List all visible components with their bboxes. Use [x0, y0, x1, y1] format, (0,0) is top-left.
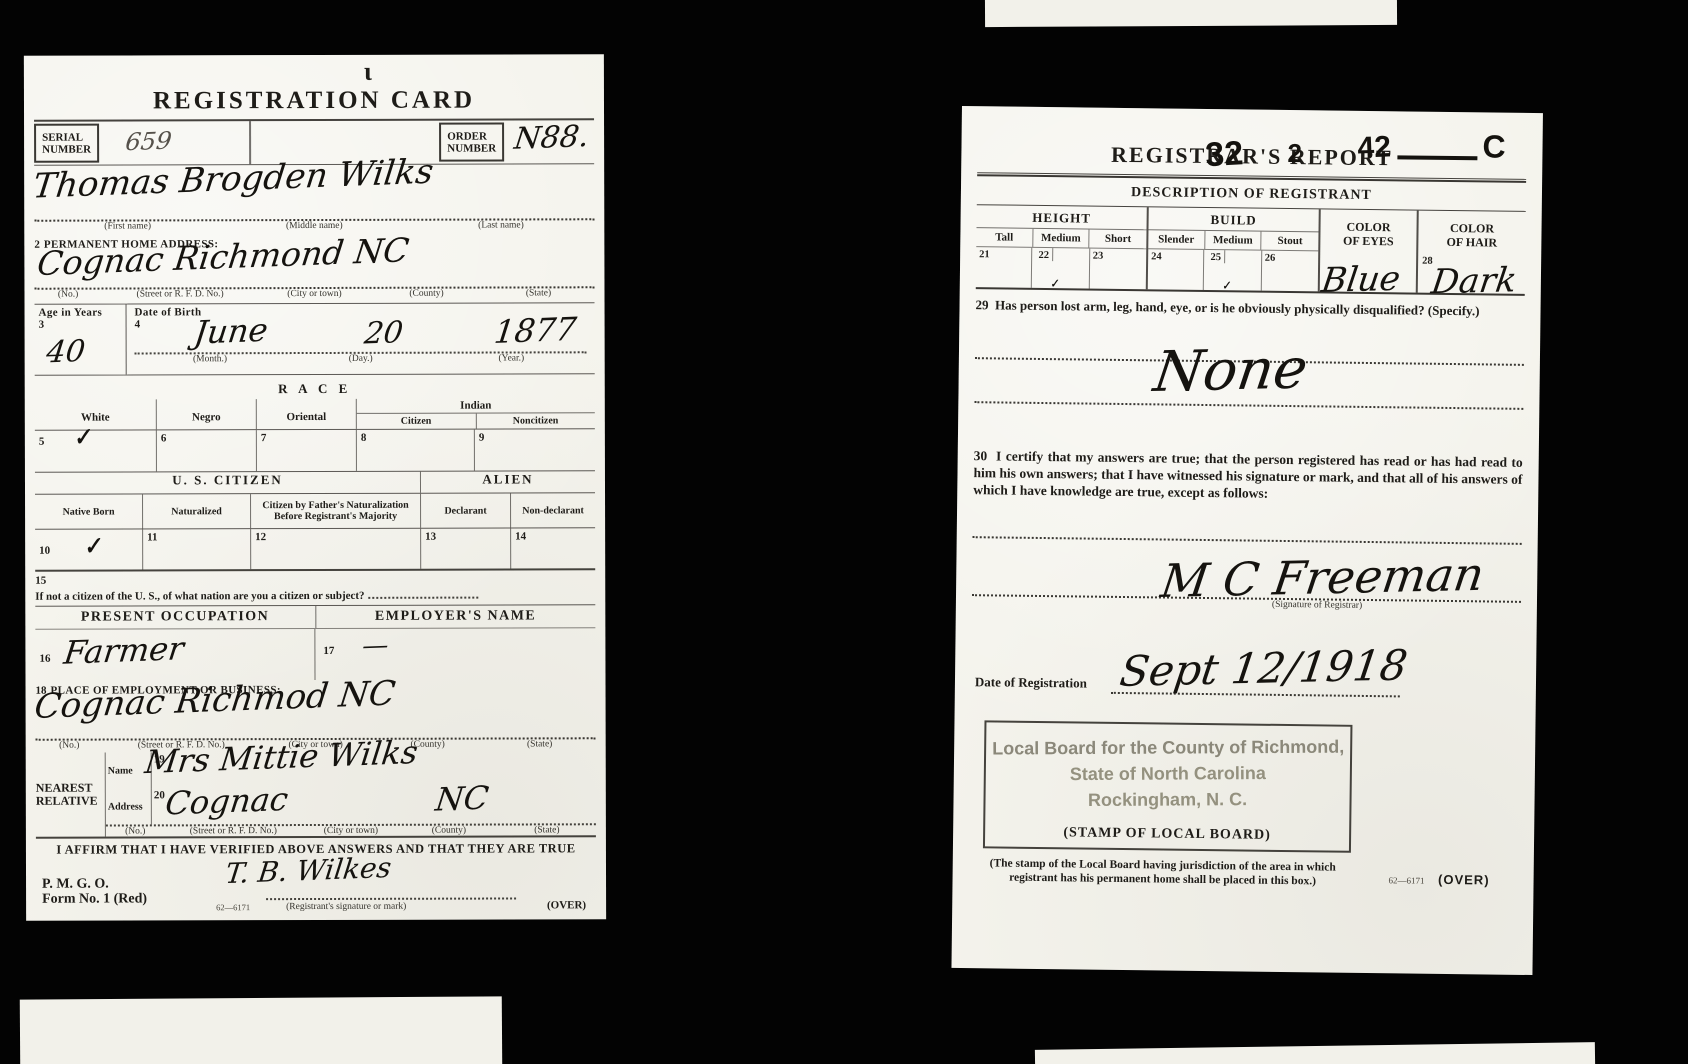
question-29-answer-area: None [974, 313, 1524, 438]
stamped-number-b: 2 [1287, 138, 1302, 169]
serial-number-label: SERIAL NUMBER [34, 124, 99, 163]
registrant-signature-handwriting: T. B. Wilkes [224, 851, 394, 890]
height-medium-cell: 22✓ [1032, 248, 1090, 289]
registrar-signature-area: M C Freeman (Signature of Registrar) [971, 498, 1522, 655]
card-title: REGISTRATION CARD [34, 86, 594, 115]
nation-question-row: 15 If not a citizen of the U. S., of wha… [35, 570, 595, 605]
signature-dotted-line [266, 897, 516, 900]
employment-place-line: Cognac Richmod NC [36, 695, 596, 740]
stamped-letter-c: C [1482, 128, 1506, 165]
date-of-registration-row: Date of Registration Sept 12/1918 [971, 648, 1521, 711]
race-header-row: White Negro Oriental Indian Citizen Nonc… [35, 398, 595, 430]
race-white-cell: 5 ✓ [35, 430, 157, 471]
occupation-header-row: PRESENT OCCUPATION EMPLOYER'S NAME [35, 604, 595, 628]
race-section-title: R A C E [35, 380, 595, 397]
registrant-name-line: Thomas Brogden Wilks [34, 164, 594, 221]
relative-city-handwriting: Cognac [163, 780, 290, 823]
relative-state-handwriting: NC [433, 779, 490, 819]
adjacent-card-edge-bottom-right [1035, 1042, 1595, 1064]
stamp-box-caption: (STAMP OF LOCAL BOARD) [985, 824, 1349, 844]
eye-color-handwriting: Blue [1319, 259, 1403, 301]
registration-card: ι REGISTRATION CARD SERIAL NUMBER 659 OR… [24, 54, 606, 921]
dotted-answer-line [369, 597, 479, 599]
dob-month-handwriting: June [192, 311, 270, 352]
age-dob-row: Age in Years 3 40 Date of Birth 4 June 2… [35, 302, 595, 375]
registrar-signature-caption: (Signature of Registrar) [1272, 600, 1362, 611]
stamp-text-line: Local Board for the County of Richmond, [986, 734, 1350, 762]
print-code: 62—6171 [216, 902, 250, 912]
print-code: 62—6171 [1389, 875, 1425, 885]
occupation-handwriting: Farmer [62, 629, 186, 671]
address-field-labels: (No.) (Street or R. F. D. No.) (City or … [34, 288, 594, 299]
build-group: BUILD Slender Medium Stout 24 25✓ 26 [1148, 207, 1321, 291]
stamped-number-c: 42 [1357, 130, 1392, 165]
relative-name-line: Name 19 Mrs Mittie Wilks [106, 751, 596, 788]
form-identifier: P. M. G. O. Form No. 1 (Red) [42, 876, 147, 906]
citizenship-header-row: U. S. CITIZEN ALIEN [35, 471, 595, 494]
nearest-relative-block: NEAREST RELATIVE Name 19 Mrs Mittie Wilk… [36, 751, 596, 838]
registrars-report-card: REGISTRAR'S REPORT 32 2 42 C DESCRIPTION… [951, 106, 1542, 975]
local-board-stamp-box: Local Board for the County of Richmond, … [983, 720, 1353, 852]
citizenship-column-labels: Native Born Naturalized Citizen by Fathe… [35, 493, 595, 529]
adjacent-card-edge-bottom-left [20, 996, 502, 1064]
ink-mark: ι [364, 57, 372, 87]
adjacent-card-edge-top [985, 0, 1397, 27]
race-checkbox-row: 5 ✓ 6 7 8 9 [35, 429, 595, 472]
registration-card-footer: P. M. G. O. Form No. 1 (Red) T. B. Wilke… [36, 861, 596, 920]
native-born-checkmark: ✓ [82, 540, 102, 553]
order-number-value: N88. [511, 119, 591, 165]
hair-color-cell: COLOR OF HAIR 28 Dark [1418, 211, 1526, 294]
registration-card-header: ι REGISTRATION CARD [34, 54, 594, 119]
scanned-document-background: ι REGISTRATION CARD SERIAL NUMBER 659 OR… [0, 0, 1688, 1064]
height-group: HEIGHT Tall Medium Short 21 22✓ 23 [976, 205, 1149, 289]
employer-cell: 17 — [315, 629, 396, 680]
dob-year-handwriting: 1877 [492, 310, 578, 351]
serial-number-value: 659 [123, 127, 174, 166]
employer-handwriting: — [361, 630, 391, 661]
occupation-values-row: 16 Farmer 17 — [35, 627, 595, 680]
registrar-signature-handwriting: M C Freeman [1158, 547, 1488, 608]
dob-cell: Date of Birth 4 June 20 1877 (Month.) (D… [127, 303, 595, 374]
eye-color-cell: COLOR OF EYES Blue [1320, 209, 1419, 292]
signature-caption: (Registrant's signature or mark) [286, 902, 406, 912]
stamp-instruction-note: (The stamp of the Local Board having jur… [982, 856, 1342, 888]
registration-date-handwriting: Sept 12/1918 [1117, 641, 1410, 696]
dob-field-labels: (Month.) (Day.) (Year.) [135, 351, 587, 364]
nearest-relative-label: NEAREST RELATIVE [36, 753, 106, 837]
stamped-number-a: 32 [1204, 134, 1244, 175]
over-label: (OVER) [547, 899, 586, 911]
relative-field-labels: (No.) (Street or R. F. D. No.) (City or … [106, 823, 596, 836]
stamp-text-line: State of North Carolina [986, 760, 1350, 788]
age-cell: Age in Years 3 40 [35, 304, 127, 374]
race-indian-group: Indian Citizen Noncitizen [357, 398, 595, 429]
occupation-cell: 16 Farmer [35, 629, 315, 681]
relative-address-line: Address 20 Cognac NC [106, 787, 596, 824]
registrars-report-header: REGISTRAR'S REPORT 32 2 42 C [977, 106, 1527, 179]
age-value-handwriting: 40 [44, 334, 87, 370]
order-number-label: ORDER NUMBER [439, 123, 504, 162]
report-footer: (The stamp of the Local Board having jur… [968, 848, 1518, 925]
race-white-checkmark: ✓ [72, 431, 92, 444]
home-address-line: Cognac Richmond NC [34, 246, 594, 289]
certification-paragraph: 30 I certify that my answers are true; t… [973, 431, 1523, 505]
dob-day-handwriting: 20 [362, 315, 405, 351]
over-label: (OVER) [1438, 872, 1490, 888]
build-medium-cell: 25✓ [1204, 250, 1262, 291]
description-table: HEIGHT Tall Medium Short 21 22✓ 23 BUILD… [976, 204, 1526, 296]
dob-values: 4 June 20 1877 [135, 317, 587, 352]
q29-answer-handwriting: None [1150, 337, 1312, 405]
stamp-text-line: Rockingham, N. C. [985, 786, 1349, 814]
name-field-labels: (First name) (Middle name) (Last name) [34, 220, 594, 231]
dotted-line [973, 536, 1522, 545]
native-born-cell: 10 ✓ [35, 529, 143, 569]
hair-color-handwriting: Dark [1429, 260, 1519, 302]
citizenship-checkbox-row: 10 ✓ 11 12 13 14 [35, 528, 595, 571]
